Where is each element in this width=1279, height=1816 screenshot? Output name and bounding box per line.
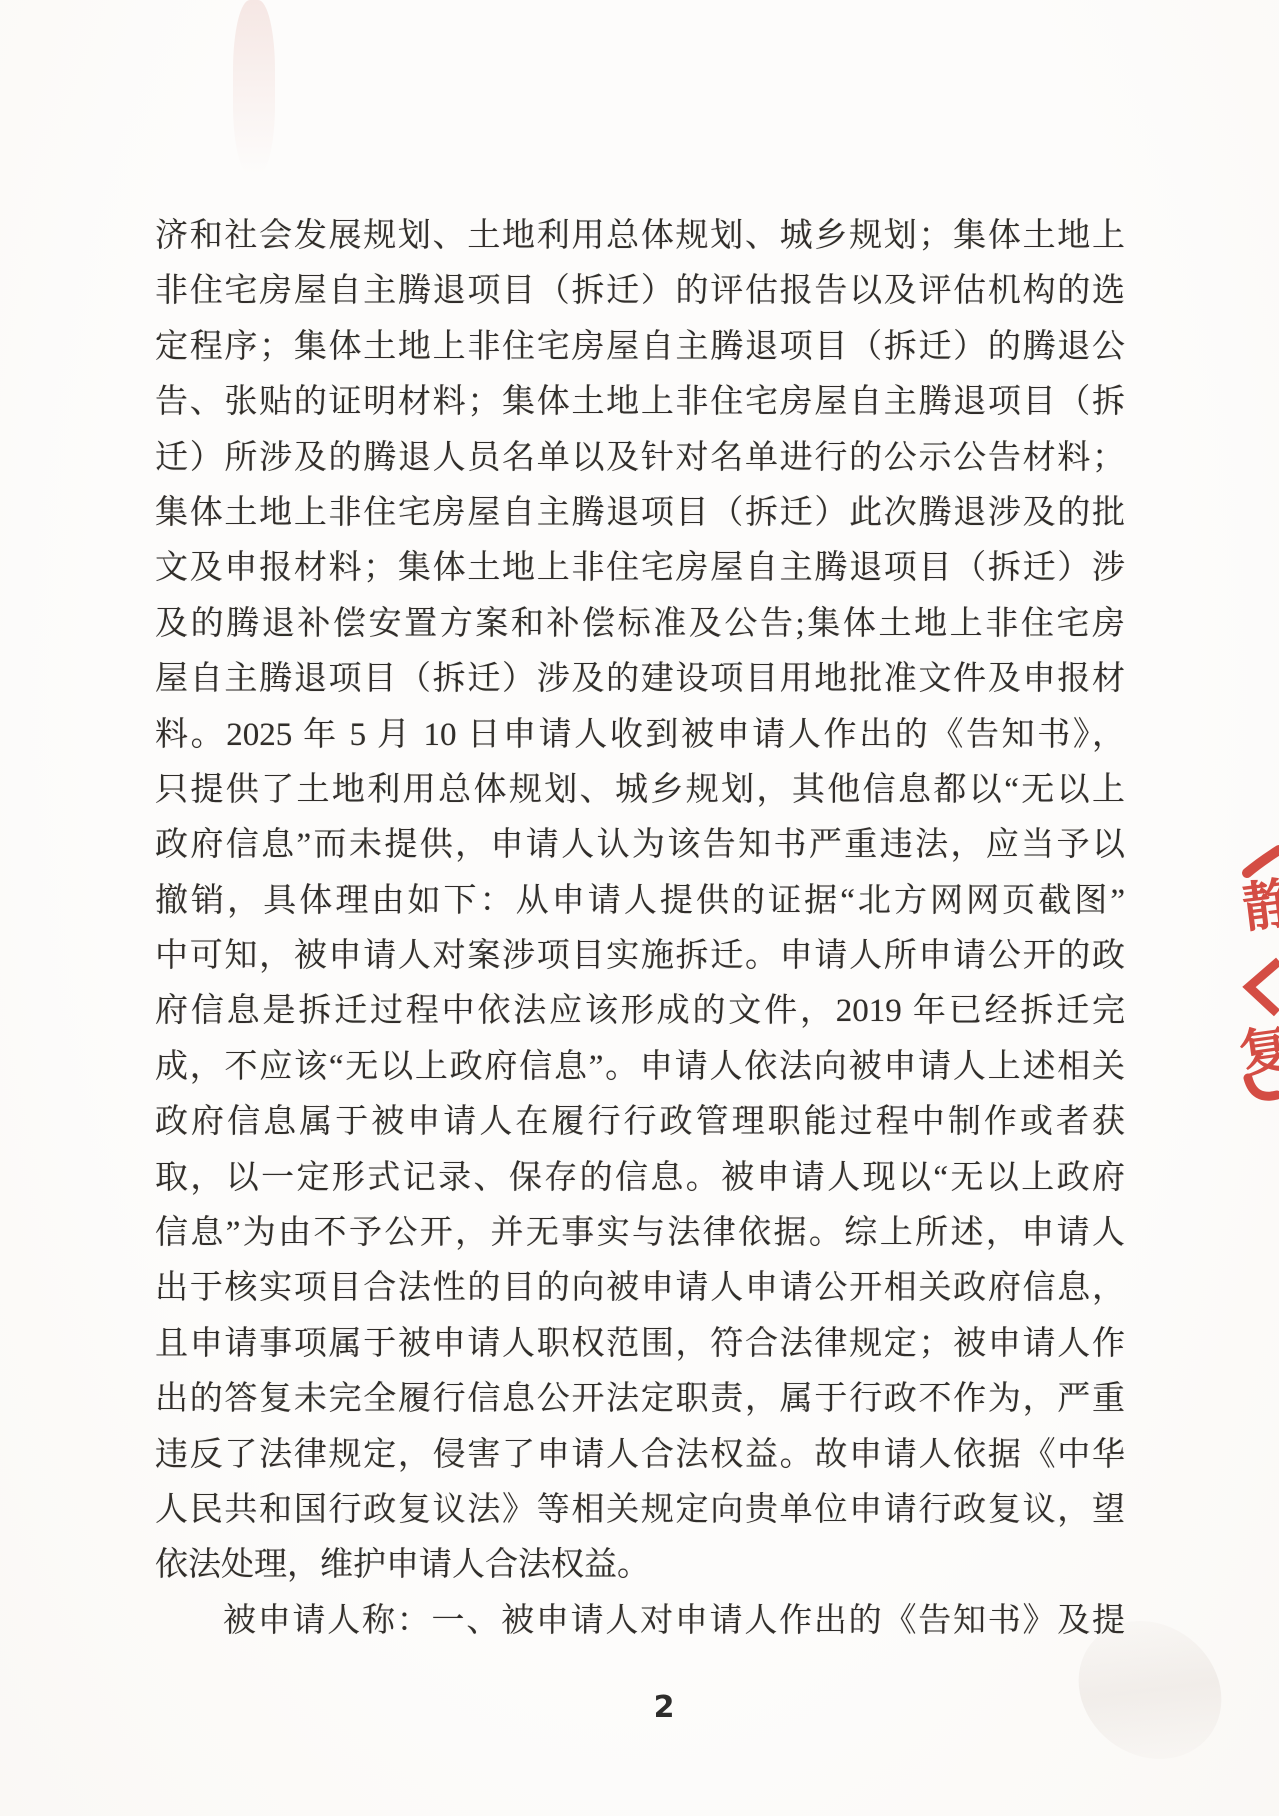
- text-line: 撤销，具体理由如下：从申请人提供的证据“北方网网页截图”: [155, 874, 1125, 929]
- text-line: 取，以一定形式记录、保存的信息。被申请人现以“无以上政府: [155, 1151, 1125, 1206]
- text-line: 出的答复未完全履行信息公开法定职责，属于行政不作为，严重: [155, 1372, 1125, 1427]
- text-line: 人民共和国行政复议法》等相关规定向贵单位申请行政复议，望: [155, 1483, 1125, 1538]
- text-line: 违反了法律规定，侵害了申请人合法权益。故申请人依据《中华: [155, 1428, 1125, 1483]
- text-line: 只提供了土地利用总体规划、城乡规划，其他信息都以“无以上: [155, 763, 1125, 818]
- official-red-seal-fragment: 静 复: [1233, 835, 1279, 1125]
- text-line: 及的腾退补偿安置方案和补偿标准及公告;集体土地上非住宅房: [155, 597, 1125, 652]
- text-line: 迁）所涉及的腾退人员名单以及针对名单进行的公示公告材料；: [155, 431, 1125, 486]
- text-line: 告、张贴的证明材料；集体土地上非住宅房屋自主腾退项目（拆: [155, 375, 1125, 430]
- text-line: 府信息是拆迁过程中依法应该形成的文件，2019 年已经拆迁完: [155, 984, 1125, 1039]
- text-line: 料。2025 年 5 月 10 日申请人收到被申请人作出的《告知书》，: [155, 708, 1125, 763]
- seal-character-lower: 复: [1236, 1020, 1279, 1085]
- text-line: 信息”为由不予公开，并无事实与法律依据。综上所述，申请人: [155, 1206, 1125, 1261]
- text-line: 被申请人称：一、被申请人对申请人作出的《告知书》及提: [155, 1594, 1125, 1649]
- text-line: 定程序；集体土地上非住宅房屋自主腾退项目（拆迁）的腾退公: [155, 320, 1125, 375]
- seal-ring-arc-top: [1247, 850, 1279, 873]
- seal-star-point: [1249, 961, 1279, 1013]
- text-line: 政府信息属于被申请人在履行行政管理职能过程中制作或者获: [155, 1095, 1125, 1150]
- text-line: 且申请事项属于被申请人职权范围，符合法律规定；被申请人作: [155, 1317, 1125, 1372]
- text-line: 集体土地上非住宅房屋自主腾退项目（拆迁）此次腾退涉及的批: [155, 486, 1125, 541]
- page-number: 2: [644, 1690, 684, 1725]
- text-line: 政府信息”而未提供，申请人认为该告知书严重违法，应当予以: [155, 818, 1125, 873]
- seal-character-upper: 静: [1239, 873, 1279, 939]
- scanned-document-page: 济和社会发展规划、土地利用总体规划、城乡规划；集体土地上非住宅房屋自主腾退项目（…: [0, 0, 1279, 1816]
- document-body-text: 济和社会发展规划、土地利用总体规划、城乡规划；集体土地上非住宅房屋自主腾退项目（…: [155, 209, 1125, 1649]
- text-line: 中可知，被申请人对案涉项目实施拆迁。申请人所申请公开的政: [155, 929, 1125, 984]
- text-line: 依法处理，维护申请人合法权益。: [155, 1538, 1125, 1593]
- scan-artifact-streak: [233, 0, 275, 175]
- text-line: 文及申报材料；集体土地上非住宅房屋自主腾退项目（拆迁）涉: [155, 541, 1125, 596]
- text-line: 屋自主腾退项目（拆迁）涉及的建设项目用地批准文件及申报材: [155, 652, 1125, 707]
- text-line: 济和社会发展规划、土地利用总体规划、城乡规划；集体土地上: [155, 209, 1125, 264]
- text-line: 非住宅房屋自主腾退项目（拆迁）的评估报告以及评估机构的选: [155, 264, 1125, 319]
- text-line: 出于核实项目合法性的目的向被申请人申请公开相关政府信息，: [155, 1261, 1125, 1316]
- text-line: 成，不应该“无以上政府信息”。申请人依法向被申请人上述相关: [155, 1040, 1125, 1095]
